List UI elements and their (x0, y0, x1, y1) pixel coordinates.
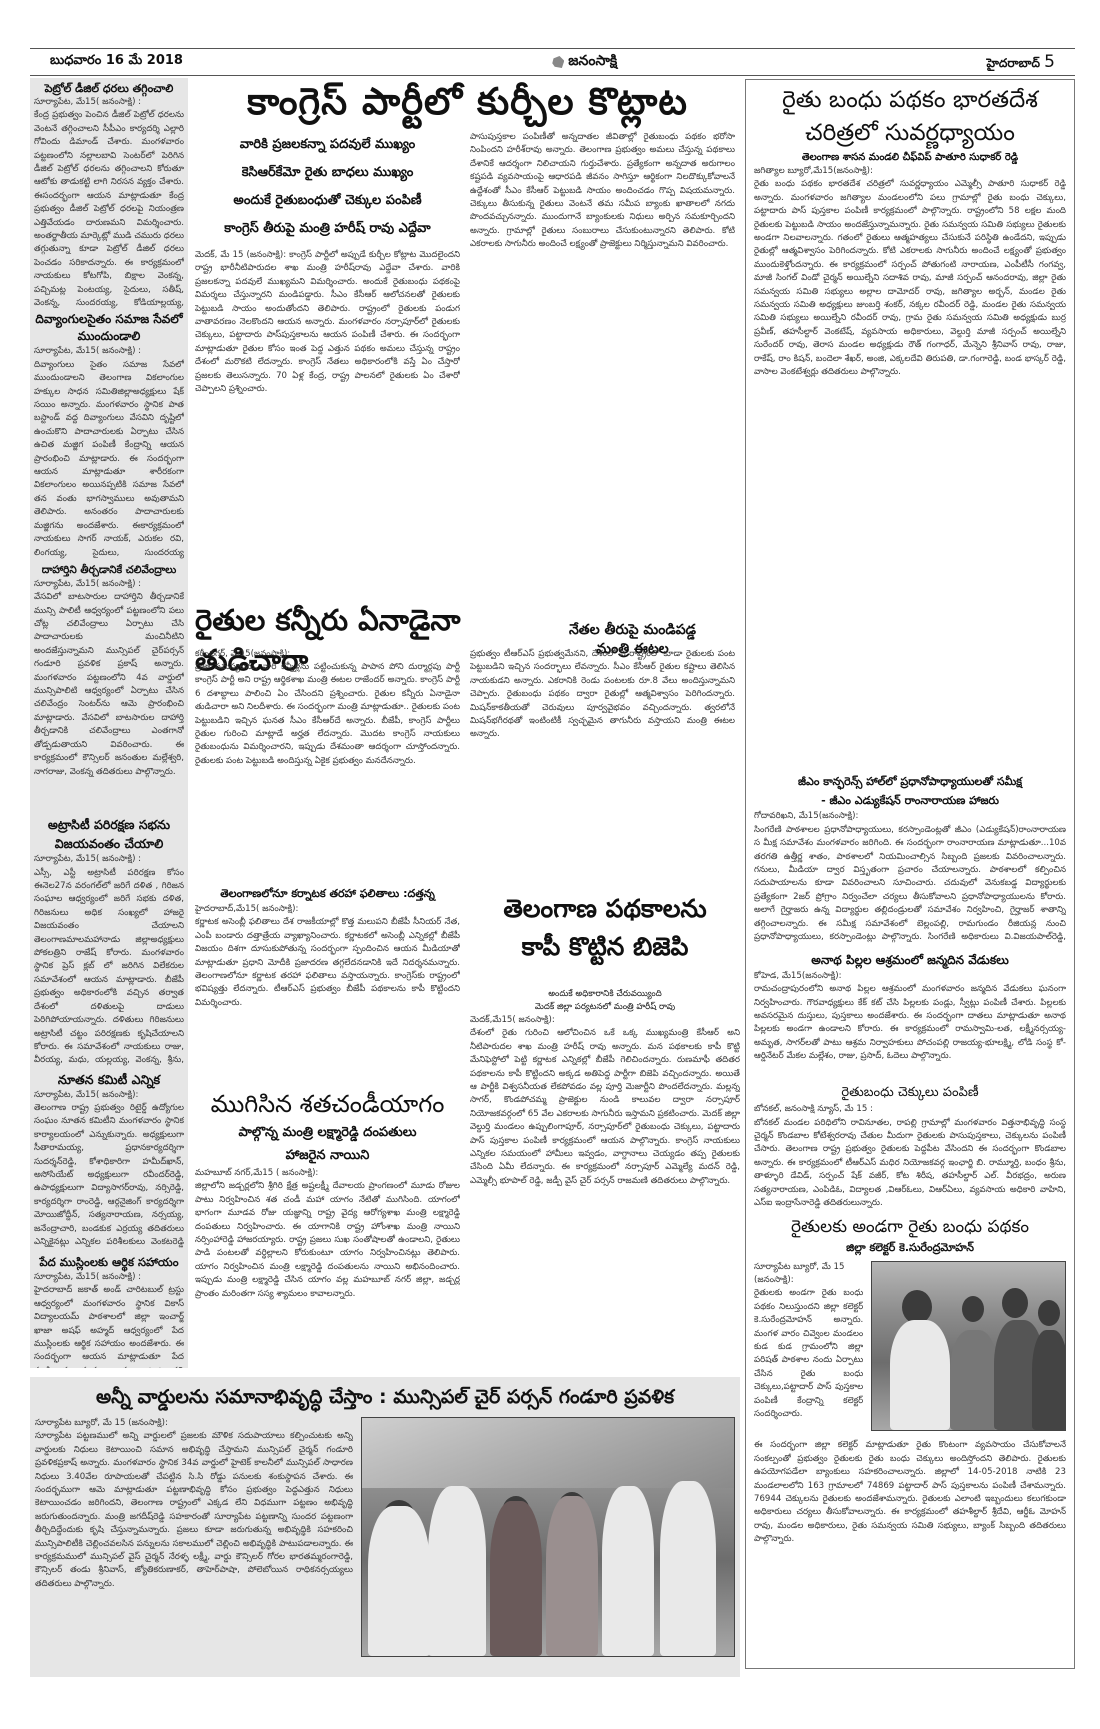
brief-headline: దాహార్తిని తీర్చడానికే చలివేంద్రాలు (34, 563, 184, 578)
collector-photo (871, 1261, 1066, 1431)
right-column: రైతు బంధు పథకం భారతదేశ చరిత్రలో సువర్ణధ్… (745, 79, 1075, 1669)
right-main-headline: రైతు బంధు పథకం భారతదేశ (754, 84, 1066, 117)
right-main-headline: చరిత్రలో సువర్ణధ్యాయం (754, 117, 1066, 150)
brief-article: పెట్రోల్ డీజిల్ ధరలు తగ్గించాలి సూర్యాపే… (34, 81, 184, 309)
karimnagar-deck: నేతల తీరుపై మండిపడ్డ (525, 621, 740, 640)
yagam-deck: హాజరైన నాయిని (195, 1145, 460, 1167)
lead-body-left: మెదక్, మే 15 (జనంసాక్షి): కాంగ్రెస్ పార్… (195, 249, 460, 594)
gm-dateline: గోదావరిఖని, మే15(జనంసాక్షి): (754, 810, 1066, 823)
brief-body: దివ్యాంగులు సైతం సమాజ సేవలో ముందుండాలని … (34, 359, 184, 559)
lead-deck: కాంగ్రెస్ తీరుపై మంత్రి హరీష్ రావు ఎద్దే… (195, 215, 460, 243)
collector-dateline: సూర్యాపేట బ్యూరో, మే 15 (జనంసాక్షి): (754, 1261, 863, 1288)
brief-headline: అట్రాసిటీ పరిరక్షణ సభను విజయవంతం చేయాలి (34, 815, 184, 853)
left-briefs-column: పెట్రోల్ డీజిల్ ధరలు తగ్గించాలి సూర్యాపే… (30, 78, 188, 1368)
telangana-map-icon (552, 56, 564, 68)
brief-headline: నూతన కమిటీ ఎన్నిక (34, 1071, 184, 1089)
bottom-story: అన్నీ వార్డులను సమానాభివృద్ధి చేస్తాం : … (30, 1377, 740, 1677)
yagam-story: ముగిసిన శతచండీయాగం పాల్గొన్న మంత్రి లక్ష… (195, 1087, 460, 1372)
bjp-deck: మెదక్ జిల్లా పర్యటనలో మంత్రి హరీష్ రావు (470, 1001, 740, 1014)
brief-headline: పేద ముస్లింలకు ఆర్థిక సహాయం (34, 1254, 184, 1271)
gm-review-article: జీఎం కాన్ఫరెన్స్ హాల్‌లో ప్రధానోపాధ్యాయు… (754, 772, 1066, 943)
brief-article: దాహార్తిని తీర్చడానికే చలివేంద్రాలు సూర్… (34, 563, 184, 811)
collector-body: ఈ సందర్భంగా జిల్లా కలెక్టర్ మాట్లాడుతూ ర… (754, 1439, 1066, 1574)
cheques-body: బోనకల్ మండల పరిధిలోని రావినూతల, రాపల్లి … (754, 1117, 1066, 1211)
edition-page: హైదరాబాద్ 5 (987, 52, 1055, 73)
brief-body: వేసవిలో బాటసారుల దాహార్తిని తీర్చడానికే … (34, 591, 184, 811)
lead-deck: వారికి ప్రజలకన్నా పదవులే ముఖ్యం (195, 131, 460, 159)
dattanna-body: కర్ణాటక అసెంబ్లీ ఫలితాలు దేశ రాజకీయాల్లో… (195, 916, 460, 1076)
brief-headline: దివ్యాంగులసైతం సమాజ సేవలో ముందుండాలి (34, 311, 184, 345)
bjp-headline: తెలంగాణ పథకాలను (470, 890, 740, 928)
brief-dateline: సూర్యాపేట, మే15( జనంసాక్షి) : (34, 578, 184, 591)
right-main-deck: తెలంగాణ శాసన మండలి చీఫ్‌విప్ పాతూరి సుధా… (754, 150, 1066, 165)
brief-article: దివ్యాంగులసైతం సమాజ సేవలో ముందుండాలి సూర… (34, 311, 184, 558)
karimnagar-dateline: కరీంనగర్, మే15(జనంసాక్షి): (195, 648, 290, 661)
bottom-headline: అన్నీ వార్డులను సమానాభివృద్ధి చేస్తాం : … (35, 1383, 735, 1411)
lead-story: కాంగ్రెస్ పార్టీలో కుర్చీల కొట్లాట వారిక… (195, 79, 740, 599)
yagam-body: జిల్లాలోని జడ్చర్లలోని శ్రీగిరి క్షేత్ర … (195, 1180, 460, 1360)
cheques-article: రైతుబంధు చెక్కులు పంపిణీ బోనకల్, జనంసాక్… (754, 1083, 1066, 1210)
issue-date: బుధవారం 16 మే 2018 (50, 53, 183, 71)
lead-decks: వారికి ప్రజలకన్నా పదవులే ముఖ్యం కెసిఆర్‌… (195, 131, 460, 243)
orphanage-headline: అనాథ పిల్లల ఆశ్రమంలో జన్మదిన వేడుకలు (754, 950, 1066, 970)
brief-dateline: సూర్యాపేట, మే15( జనంసాక్షి) : (34, 96, 184, 109)
karimnagar-story: రైతుల కన్నీరు ఏనాడైనా తుడిచారా నేతల తీరు… (195, 600, 740, 875)
gm-headline: జీఎం కాన్ఫరెన్స్ హాల్‌లో ప్రధానోపాధ్యాయు… (754, 772, 1066, 791)
lead-deck: కెసిఆర్‌కేమో రైతు బాధలు ముఖ్యం (195, 159, 460, 187)
brief-dateline: సూర్యాపేట, మే15( జనంసాక్షి) : (34, 1271, 184, 1284)
page-number: 5 (1044, 52, 1055, 72)
karimnagar-body-right: ప్రభుత్వం టీఆర్ఎస్ ప్రభుత్వమేనని, దేశంలో… (470, 648, 735, 871)
brief-dateline: సూర్యాపేట, మే15( జనంసాక్షి): (34, 1089, 184, 1102)
cheques-dateline: బోనకల్, జనంసాక్షి న్యూస్, మే 15 : (754, 1103, 1066, 1116)
brief-article: నూతన కమిటీ ఎన్నిక సూర్యాపేట, మే15( జనంసా… (34, 1071, 184, 1250)
bjp-copy-story: తెలంగాణ పథకాలను కాపీ కొట్టిన బిజెపి అందు… (470, 890, 740, 1372)
yagam-dateline: మహబూబ్ నగర్,మే15 ( జనంసాక్షి): (195, 1167, 460, 1180)
orphanage-body: రామచంద్రాపురంలోని అనాథ పిల్లల ఆశ్రమంలో మ… (754, 983, 1066, 1077)
dattanna-headline: తెలంగాణలోనూ కర్నాటక తరహా ఫలితాలు :దత్తన్… (195, 885, 460, 903)
right-main-dateline: జగిత్యాల బ్యూరో,మే15(జనంసాక్షి): (754, 165, 1066, 178)
brief-dateline: సూర్యాపేట, మే15( జనంసాక్షి) : (34, 853, 184, 866)
collector-article: రైతులకు అండగా రైతు బంధు పథకం జిల్లా కలెక… (754, 1215, 1066, 1575)
collector-deck: జిల్లా కలెక్టర్ కె.సురేంద్రమోహన్ (754, 1239, 1066, 1257)
bjp-dateline: మెదక్,మే15( జనంసాక్షి): (470, 1014, 740, 1027)
logo-text: జనంసాక్షి (568, 53, 617, 72)
bjp-deck: అందుకే అధికారానికి చేరువయ్యింది (470, 988, 740, 1001)
lead-deck: అందుకే రైతుబంధుతో చెక్కుల పంపిణీ (195, 187, 460, 215)
lead-body-right: పాసుపుస్తకాల పంపిణీతో అన్నదాతల జీవితాల్ల… (470, 131, 735, 594)
masthead: బుధవారం 16 మే 2018 జనంసాక్షి హైదరాబాద్ 5 (30, 48, 1075, 76)
brief-headline: పెట్రోల్ డీజిల్ ధరలు తగ్గించాలి (34, 81, 184, 96)
brief-body: హైదరాబాద్ జకాత్ అండ్ చారిటబుల్ ట్రస్టు ఆ… (34, 1284, 184, 1368)
yagam-headline: ముగిసిన శతచండీయాగం (195, 1087, 460, 1121)
dattanna-story: తెలంగాణలోనూ కర్నాటక తరహా ఫలితాలు :దత్తన్… (195, 885, 460, 1085)
cheques-headline: రైతుబంధు చెక్కులు పంపిణీ (754, 1083, 1066, 1103)
dattanna-dateline: హైదరాబాద్,మే15( జనంసాక్షి): (195, 903, 460, 916)
right-main-body: రైతు బంధు పథకం భారతదేశ చరిత్రలో సువర్ణధ్… (754, 178, 1066, 768)
bottom-group-photo (361, 1417, 735, 1657)
brief-article: పేద ముస్లింలకు ఆర్థిక సహాయం సూర్యాపేట, మ… (34, 1254, 184, 1368)
brief-article: అట్రాసిటీ పరిరక్షణ సభను విజయవంతం చేయాలి … (34, 815, 184, 1066)
paper-logo: జనంసాక్షి (552, 53, 617, 72)
brief-body: తెలంగాణ రాష్ట్ర ప్రభుత్వం రిటైర్డ్ ఉద్యో… (34, 1102, 184, 1250)
orphanage-article: అనాథ పిల్లల ఆశ్రమంలో జన్మదిన వేడుకలు కోహ… (754, 950, 1066, 1077)
rythu-bandhu-main: రైతు బంధు పథకం భారతదేశ చరిత్రలో సువర్ణధ్… (754, 84, 1066, 768)
yagam-deck: పాల్గొన్న మంత్రి లక్ష్మారెడ్డి దంపతులు (195, 1121, 460, 1145)
collector-headline: రైతులకు అండగా రైతు బంధు పథకం (754, 1215, 1066, 1239)
edition-city: హైదరాబాద్ (987, 56, 1040, 70)
gm-body: సింగరేణి పాఠశాలల ప్రధానోపాధ్యాయులు, కరస్… (754, 824, 1066, 944)
brief-body: కేంద్ర ప్రభుత్వం పెంచిన డీజిల్ పెట్రోల్ … (34, 109, 184, 309)
orphanage-dateline: కోహెడ, మే15(జనంసాక్షి): (754, 970, 1066, 983)
collector-body-side: రైతులకు అండగా రైతు బంధు పథకం నిలుస్తుందన… (754, 1287, 863, 1437)
brief-body: ఎస్సీ, ఎస్టీ అట్రాసిటీ పరిరక్షణ కోసం ఈనె… (34, 867, 184, 1067)
brief-dateline: సూర్యాపేట, మే15( జనంసాక్షి) : (34, 345, 184, 358)
newspaper-page: బుధవారం 16 మే 2018 జనంసాక్షి హైదరాబాద్ 5… (30, 45, 1075, 1685)
lead-headline: కాంగ్రెస్ పార్టీలో కుర్చీల కొట్లాట (195, 79, 740, 125)
bjp-headline: కాపీ కొట్టిన బిజెపి (470, 928, 740, 966)
bottom-dateline: సూర్యాపేట బ్యూరో, మే 15 (జనంసాక్షి): (35, 1417, 353, 1430)
gm-subheadline: - జీఎం ఎడ్యుకేషన్ రాంనారాయణ హాజరు (754, 791, 1066, 810)
bottom-body: సూర్యాపేట పట్టణములో అన్ని వార్డులలో ప్రజ… (35, 1430, 353, 1656)
karimnagar-body-left: ప్రజా సమస్యలను, వారి కన్నీళ్లను పట్టించు… (195, 661, 460, 871)
bjp-body: దేశంలో రైతు గురించి ఆలోచించిన ఒకే ఒక్క మ… (470, 1027, 740, 1323)
